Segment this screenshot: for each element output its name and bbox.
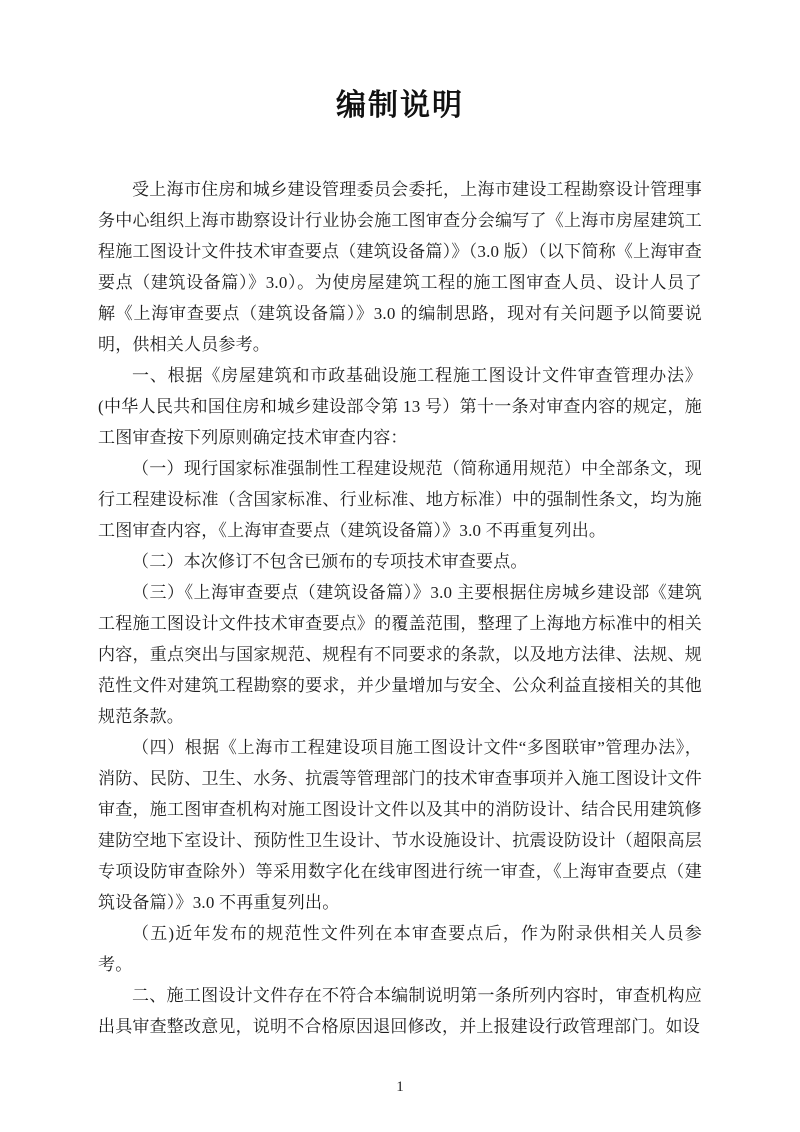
page-number: 1 [0, 1078, 800, 1096]
paragraph-item-3: （三）《上海审查要点（建筑设备篇）》3.0 主要根据住房城乡建设部《建筑工程施工… [98, 577, 702, 732]
paragraph-intro: 受上海市住房和城乡建设管理委员会委托，上海市建设工程勘察设计管理事务中心组织上海… [98, 174, 702, 360]
paragraph-section-2: 二、施工图设计文件存在不符合本编制说明第一条所列内容时，审查机构应出具审查整改意… [98, 980, 702, 1042]
document-body: 受上海市住房和城乡建设管理委员会委托，上海市建设工程勘察设计管理事务中心组织上海… [98, 174, 702, 1042]
paragraph-item-1: （一）现行国家标准强制性工程建设规范（简称通用规范）中全部条文，现行工程建设标准… [98, 453, 702, 546]
paragraph-item-5: （五)近年发布的规范性文件列在本审查要点后，作为附录供相关人员参考。 [98, 918, 702, 980]
paragraph-section-1: 一、根据《房屋建筑和市政基础设施工程施工图设计文件审查管理办法》(中华人民共和国… [98, 360, 702, 453]
document-page: 编制说明 受上海市住房和城乡建设管理委员会委托，上海市建设工程勘察设计管理事务中… [0, 0, 800, 1132]
document-title: 编制说明 [0, 0, 800, 126]
paragraph-item-4: （四）根据《上海市工程建设项目施工图设计文件“多图联审”管理办法》，消防、民防、… [98, 732, 702, 918]
paragraph-item-2: （二）本次修订不包含已颁布的专项技术审查要点。 [98, 546, 702, 577]
